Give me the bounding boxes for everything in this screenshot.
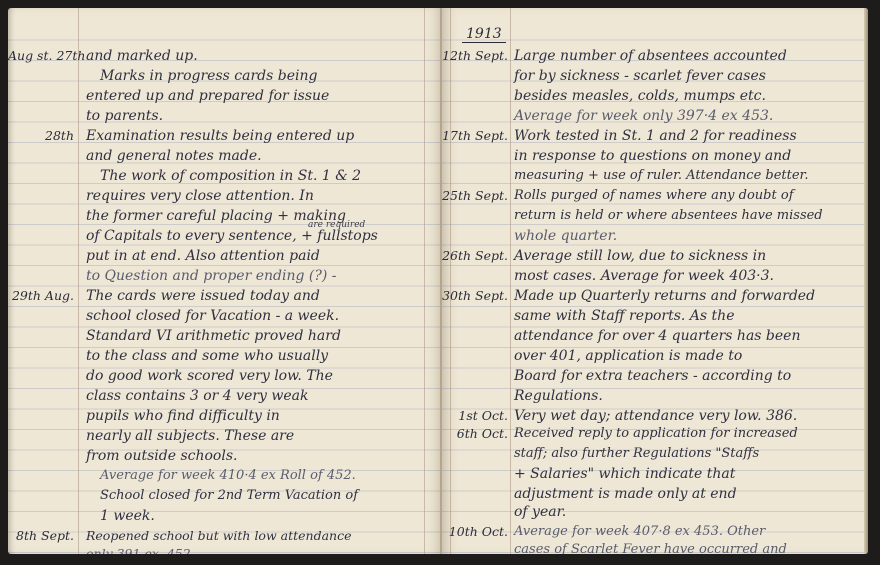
- entry-text: to the class and some who usually: [86, 346, 328, 366]
- entry-text: in response to questions on money and: [514, 146, 791, 166]
- entry-line: The work of composition in St. 1 & 2: [8, 166, 442, 186]
- entry-line: cases of Scarlet Fever have occurred and: [442, 540, 868, 554]
- entry-line: 28th Examination results being entered u…: [8, 126, 442, 146]
- entry-line: 10th Oct. Average for week 407·8 ex 453.…: [442, 522, 868, 542]
- entry-text: Average for week 410·4 ex Roll of 452.: [86, 466, 356, 486]
- entry-text: + Salaries" which indicate that: [514, 464, 735, 484]
- entry-line: 1st Oct. Very wet day; attendance very l…: [442, 406, 868, 426]
- entry-text: Large number of absentees accounted: [514, 46, 787, 66]
- entry-line: 29th Aug. The cards were issued today an…: [8, 286, 442, 306]
- entry-text: Reopened school but with low attendance: [86, 526, 352, 546]
- entry-text: whole quarter.: [514, 226, 617, 246]
- entry-line: whole quarter.: [442, 226, 868, 246]
- entry-text: Work tested in St. 1 and 2 for readiness: [514, 126, 797, 146]
- entry-text: do good work scored very low. The: [86, 366, 333, 386]
- entry-date: Aug st. 27th: [8, 46, 74, 66]
- entry-text: Average still low, due to sickness in: [514, 246, 766, 266]
- entry-date: 6th Oct.: [442, 424, 508, 444]
- entry-text: pupils who find difficulty in: [86, 406, 280, 426]
- entry-text: Examination results being entered up: [86, 126, 354, 146]
- entry-text: return is held or where absentees have m…: [514, 206, 823, 226]
- entry-text: Standard VI arithmetic proved hard: [86, 326, 341, 346]
- entry-text: adjustment is made only at end: [514, 484, 737, 504]
- entry-date: 12th Sept.: [442, 46, 508, 66]
- entry-text: Received reply to application for increa…: [514, 424, 798, 444]
- entry-line: requires very close attention. In: [8, 186, 442, 206]
- entry-line: 1 week.: [8, 506, 442, 526]
- entry-text: of year.: [514, 502, 566, 522]
- entry-line: 6th Oct. Received reply to application f…: [442, 424, 868, 444]
- entry-text: School closed for 2nd Term Vacation of: [86, 486, 358, 506]
- entry-line: the former careful placing + making: [8, 206, 442, 226]
- entry-text: most cases. Average for week 403·3.: [514, 266, 774, 286]
- entry-text: requires very close attention. In: [86, 186, 314, 206]
- entry-line: entered up and prepared for issue: [8, 86, 442, 106]
- entry-date: 1st Oct.: [442, 406, 508, 426]
- entry-line: in response to questions on money and: [442, 146, 868, 166]
- entry-date: 10th Oct.: [442, 522, 508, 542]
- entry-line: return is held or where absentees have m…: [442, 206, 868, 226]
- entry-date: 8th Sept.: [8, 526, 74, 546]
- entry-line: Marks in progress cards being: [8, 66, 442, 86]
- entry-text: nearly all subjects. These are: [86, 426, 294, 446]
- entry-text: of Capitals to every sentence, + fullsto…: [86, 226, 378, 246]
- entry-line: Regulations.: [442, 386, 868, 406]
- entry-line: + Salaries" which indicate that: [442, 464, 868, 484]
- entry-line: and general notes made.: [8, 146, 442, 166]
- entry-line: Board for extra teachers - according to: [442, 366, 868, 386]
- entry-text: entered up and prepared for issue: [86, 86, 329, 106]
- entry-line: staff; also further Regulations "Staffs: [442, 444, 868, 464]
- entry-line: 30th Sept. Made up Quarterly returns and…: [442, 286, 868, 306]
- entry-text: cases of Scarlet Fever have occurred and: [514, 540, 787, 554]
- entry-line: from outside schools.: [8, 446, 442, 466]
- entry-line: for by sickness - scarlet fever cases: [442, 66, 868, 86]
- entry-line: nearly all subjects. These are: [8, 426, 442, 446]
- entry-text: put in at end. Also attention paid: [86, 246, 320, 266]
- entry-line: to Question and proper ending (?) -: [8, 266, 442, 286]
- entry-text: Average for week 407·8 ex 453. Other: [514, 522, 765, 542]
- entry-text: staff; also further Regulations "Staffs: [514, 444, 759, 464]
- entry-line: besides measles, colds, mumps etc.: [442, 86, 868, 106]
- entry-line: pupils who find difficulty in: [8, 406, 442, 426]
- entry-date: 28th: [8, 126, 74, 146]
- entry-text: only 391 ex. 452.: [86, 544, 195, 554]
- entry-text: Regulations.: [514, 386, 603, 406]
- open-logbook: Aug st. 27th and marked up. Marks in pro…: [8, 8, 876, 554]
- entry-text: to Question and proper ending (?) -: [86, 266, 337, 286]
- entry-line: school closed for Vacation - a week.: [8, 306, 442, 326]
- entry-text: attendance for over 4 quarters has been: [514, 326, 800, 346]
- right-page: 1913 12th Sept. Large number of absentee…: [442, 8, 868, 554]
- entry-line: most cases. Average for week 403·3.: [442, 266, 868, 286]
- entry-date: 25th Sept.: [442, 186, 508, 206]
- entry-line: adjustment is made only at end: [442, 484, 868, 504]
- entry-text: over 401, application is made to: [514, 346, 742, 366]
- entry-date: 17th Sept.: [442, 126, 508, 146]
- entry-line: Average for week 410·4 ex Roll of 452.: [8, 466, 442, 486]
- entry-date: 29th Aug.: [8, 286, 74, 306]
- entry-line: 17th Sept. Work tested in St. 1 and 2 fo…: [442, 126, 868, 146]
- year-heading: 1913: [462, 26, 506, 43]
- entry-line: Standard VI arithmetic proved hard: [8, 326, 442, 346]
- entry-text: Made up Quarterly returns and forwarded: [514, 286, 815, 306]
- entry-line: attendance for over 4 quarters has been: [442, 326, 868, 346]
- entry-line: measuring + use of ruler. Attendance bet…: [442, 166, 868, 186]
- entry-text: for by sickness - scarlet fever cases: [514, 66, 766, 86]
- entry-text: Board for extra teachers - according to: [514, 366, 791, 386]
- entry-line: only 391 ex. 452.: [8, 544, 442, 554]
- entry-text: Marks in progress cards being: [86, 66, 317, 86]
- entry-line: 25th Sept. Rolls purged of names where a…: [442, 186, 868, 206]
- entry-line: 26th Sept. Average still low, due to sic…: [442, 246, 868, 266]
- entry-line: 8th Sept. Reopened school but with low a…: [8, 526, 442, 546]
- entry-line: Average for week only 397·4 ex 453.: [442, 106, 868, 126]
- entry-text: class contains 3 or 4 very weak: [86, 386, 309, 406]
- entry-text: same with Staff reports. As the: [514, 306, 734, 326]
- entry-text: The cards were issued today and: [86, 286, 320, 306]
- entry-date: 30th Sept.: [442, 286, 508, 306]
- entry-text: measuring + use of ruler. Attendance bet…: [514, 166, 808, 186]
- entry-text: and general notes made.: [86, 146, 262, 166]
- entry-line: 12th Sept. Large number of absentees acc…: [442, 46, 868, 66]
- entry-text: Rolls purged of names where any doubt of: [514, 186, 794, 206]
- entry-line: to the class and some who usually: [8, 346, 442, 366]
- entry-text: to parents.: [86, 106, 163, 126]
- entry-line: put in at end. Also attention paid: [8, 246, 442, 266]
- entry-line: of year.: [442, 502, 868, 522]
- entry-line: over 401, application is made to: [442, 346, 868, 366]
- entry-text: from outside schools.: [86, 446, 237, 466]
- entry-text: Very wet day; attendance very low. 386.: [514, 406, 797, 426]
- entry-line: of Capitals to every sentence, + fullsto…: [8, 226, 442, 246]
- entry-text: Average for week only 397·4 ex 453.: [514, 106, 773, 126]
- entry-line: do good work scored very low. The: [8, 366, 442, 386]
- entry-text: and marked up.: [86, 46, 198, 66]
- entry-text: school closed for Vacation - a week.: [86, 306, 339, 326]
- entry-text: The work of composition in St. 1 & 2: [86, 166, 361, 186]
- entry-line: to parents.: [8, 106, 442, 126]
- entry-line: Aug st. 27th and marked up.: [8, 46, 442, 66]
- entry-text: 1 week.: [86, 506, 155, 526]
- entry-line: same with Staff reports. As the: [442, 306, 868, 326]
- entry-line: class contains 3 or 4 very weak: [8, 386, 442, 406]
- entry-text: the former careful placing + making: [86, 206, 346, 226]
- entry-line: School closed for 2nd Term Vacation of: [8, 486, 442, 506]
- entry-text: besides measles, colds, mumps etc.: [514, 86, 766, 106]
- left-page: Aug st. 27th and marked up. Marks in pro…: [8, 8, 442, 554]
- entry-date: 26th Sept.: [442, 246, 508, 266]
